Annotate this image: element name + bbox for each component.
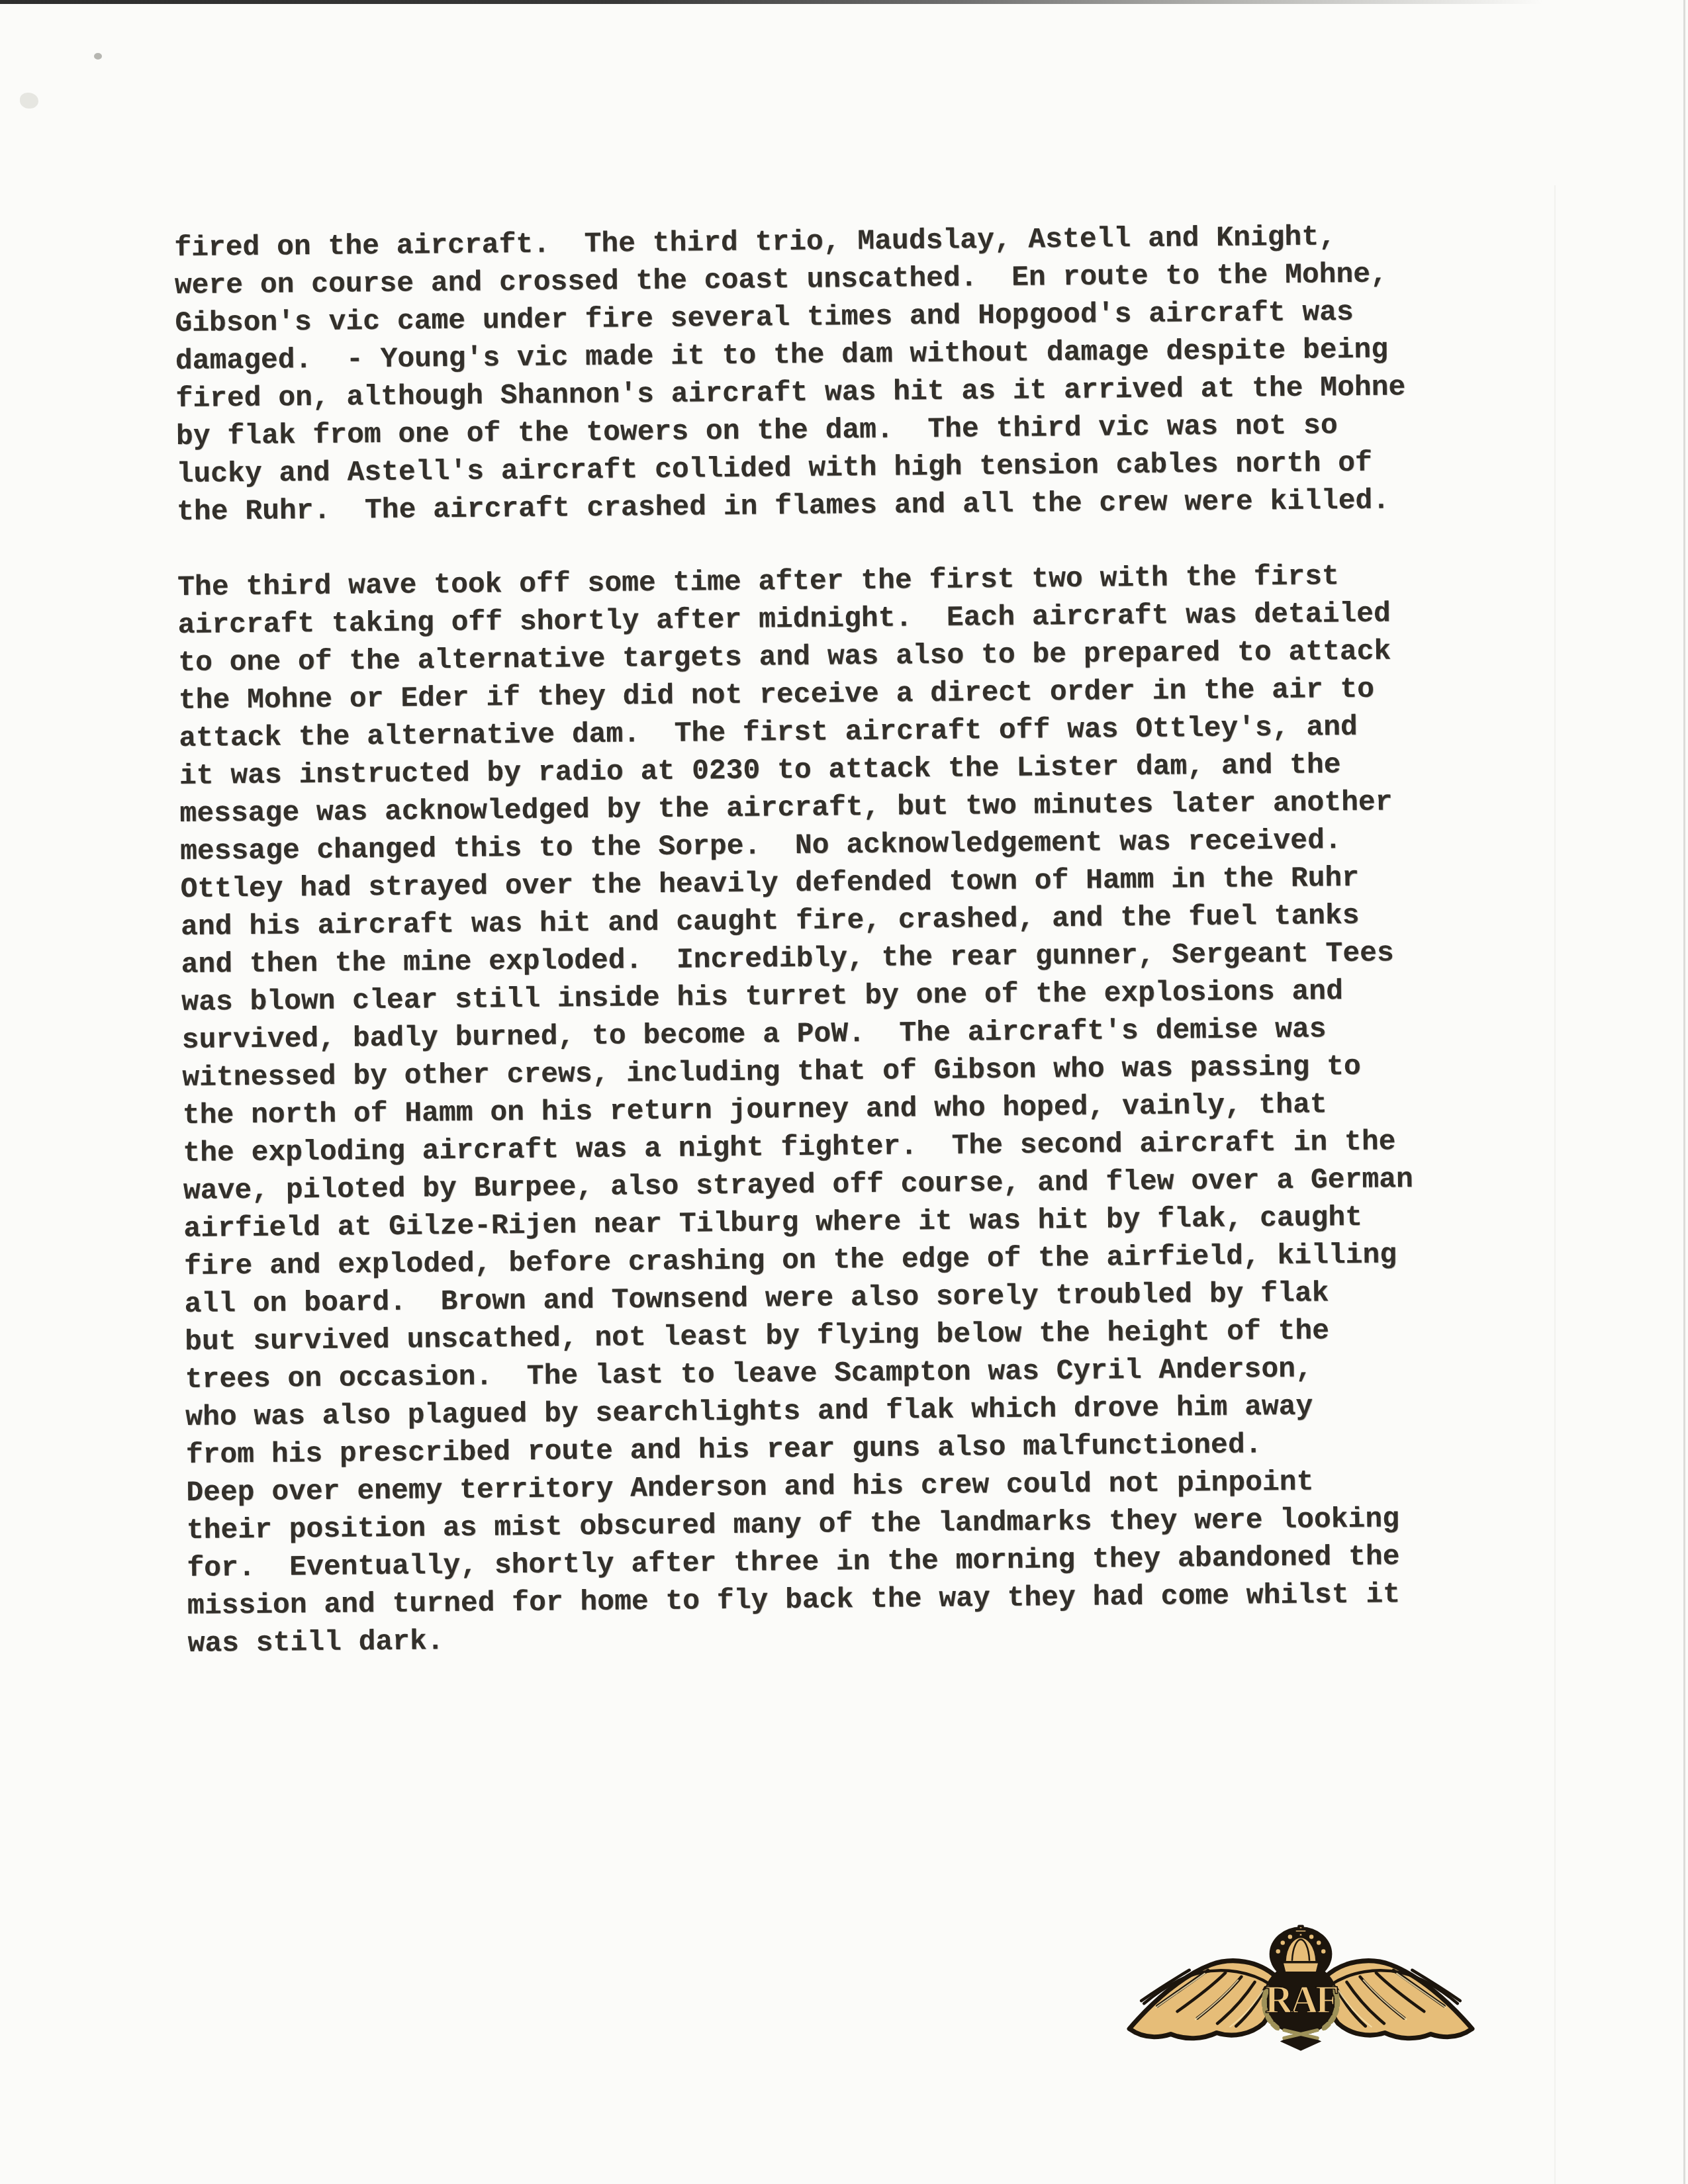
raf-wings-icon: RAF [1124, 1923, 1477, 2052]
scan-artifact-crease [1554, 185, 1556, 2184]
document-page: fired on the aircraft. The third trio, M… [0, 0, 1688, 2184]
wing-left-icon [1129, 1961, 1276, 2038]
scan-artifact-speck [94, 53, 102, 60]
typewritten-text: fired on the aircraft. The third trio, M… [174, 217, 1449, 1662]
scan-artifact-page-edge [1683, 0, 1685, 2184]
scan-artifact-smudge [20, 93, 38, 109]
paragraph-first-wave-damage: fired on the aircraft. The third trio, M… [174, 217, 1438, 531]
wing-right-icon [1325, 1961, 1472, 2038]
raf-monogram: RAF [1265, 1978, 1337, 2021]
paragraph-third-wave: The third wave took off some time after … [177, 557, 1449, 1662]
scan-artifact-top-edge [0, 0, 1542, 4]
raf-wings-badge: RAF [1124, 1923, 1477, 2052]
